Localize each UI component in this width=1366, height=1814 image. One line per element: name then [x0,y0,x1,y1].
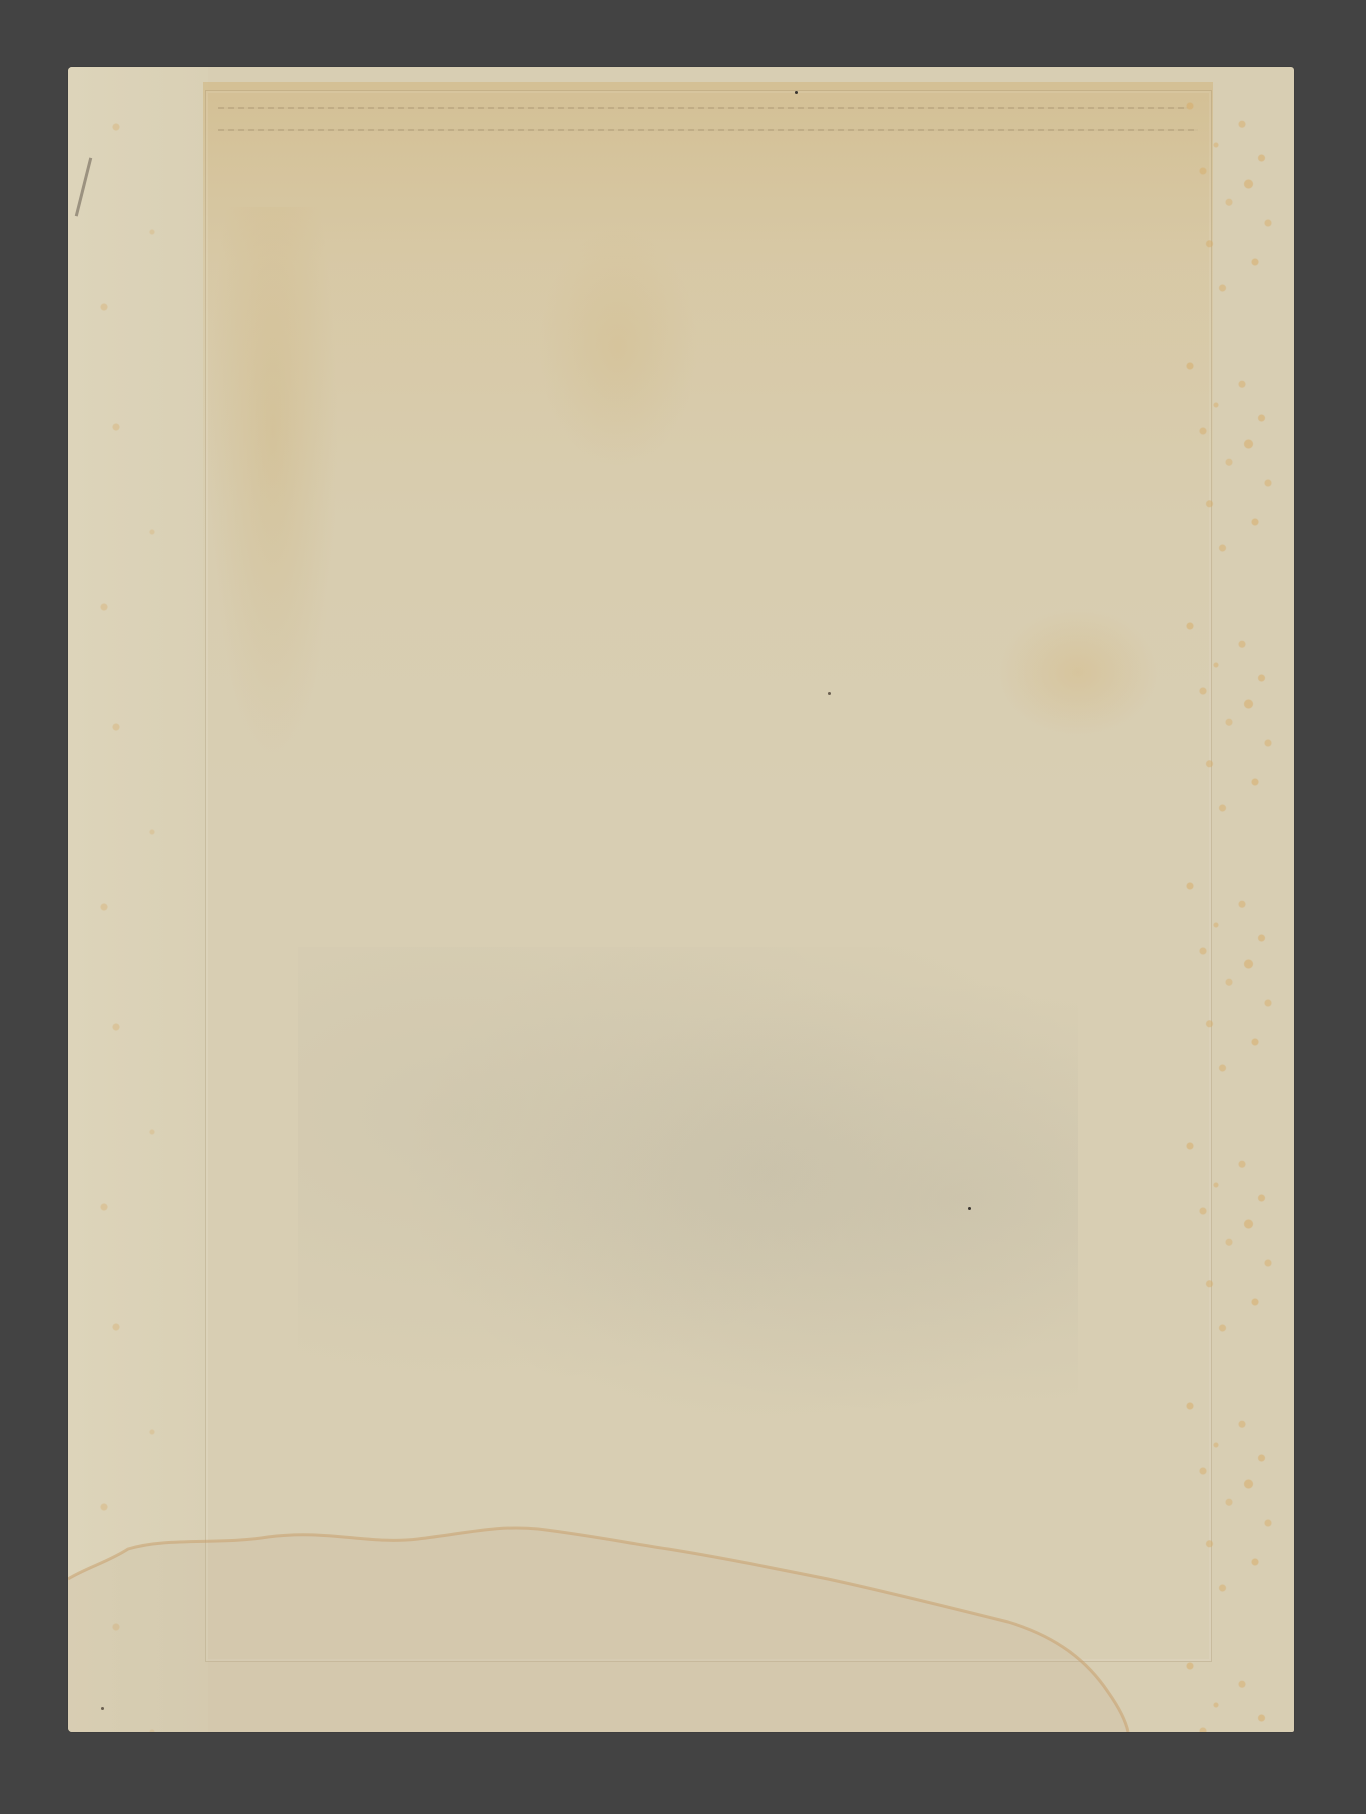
speck [101,1707,104,1710]
speck [795,91,798,94]
speck [968,1207,971,1210]
speck [828,692,831,695]
paper-sheet [68,67,1294,1732]
